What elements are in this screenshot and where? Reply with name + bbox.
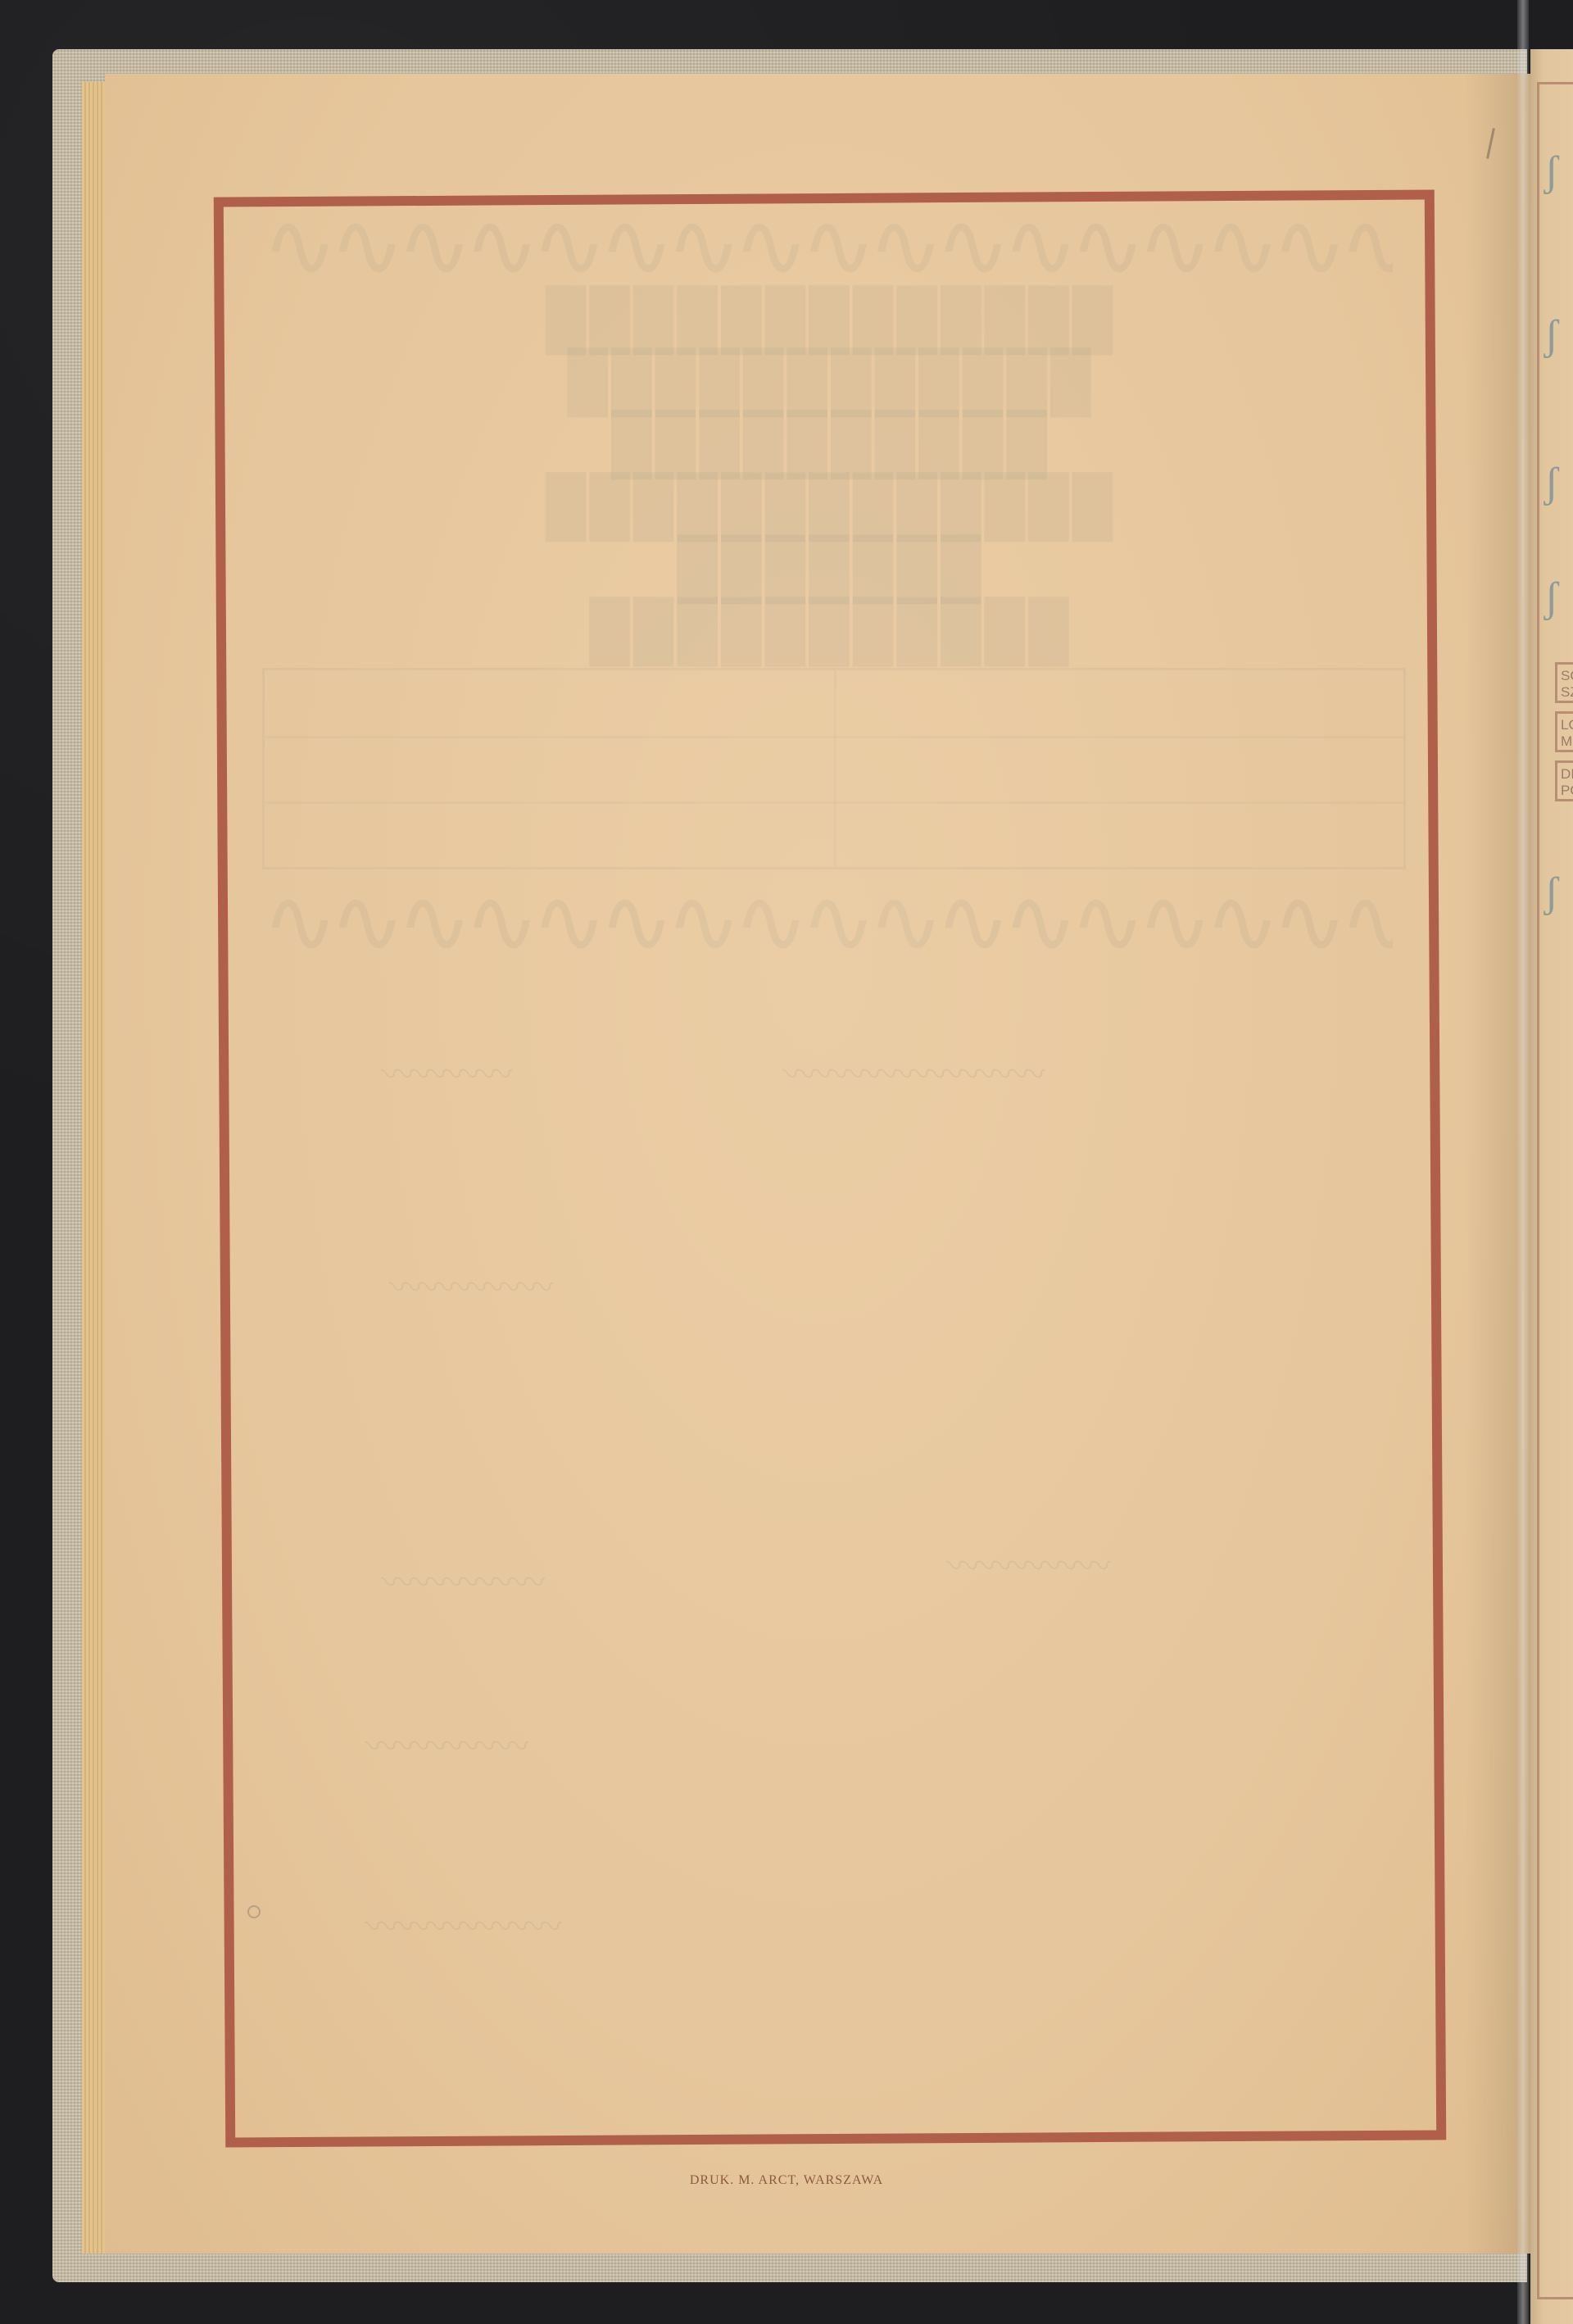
next-page-label: DIST POW [1555,760,1573,801]
next-page-ornament: ʃ [1544,311,1573,361]
paper-stain-mark [247,1905,261,1918]
gutter-glass-reflection [1517,0,1529,2324]
next-page-label: SCHO SZKO [1555,662,1573,703]
next-page-ornament: ʃ [1544,148,1573,197]
next-page-frame [1537,82,1573,2299]
next-page-ornament: ʃ [1544,574,1573,623]
next-page-ornament: ʃ [1544,869,1573,918]
next-page-ornament: ʃ [1544,459,1573,508]
red-border-frame [214,189,1447,2147]
next-page-label: LOCA MIEJ [1555,711,1573,752]
printer-imprint: DRUK. M. ARCT, WARSZAWA [0,2173,1573,2188]
